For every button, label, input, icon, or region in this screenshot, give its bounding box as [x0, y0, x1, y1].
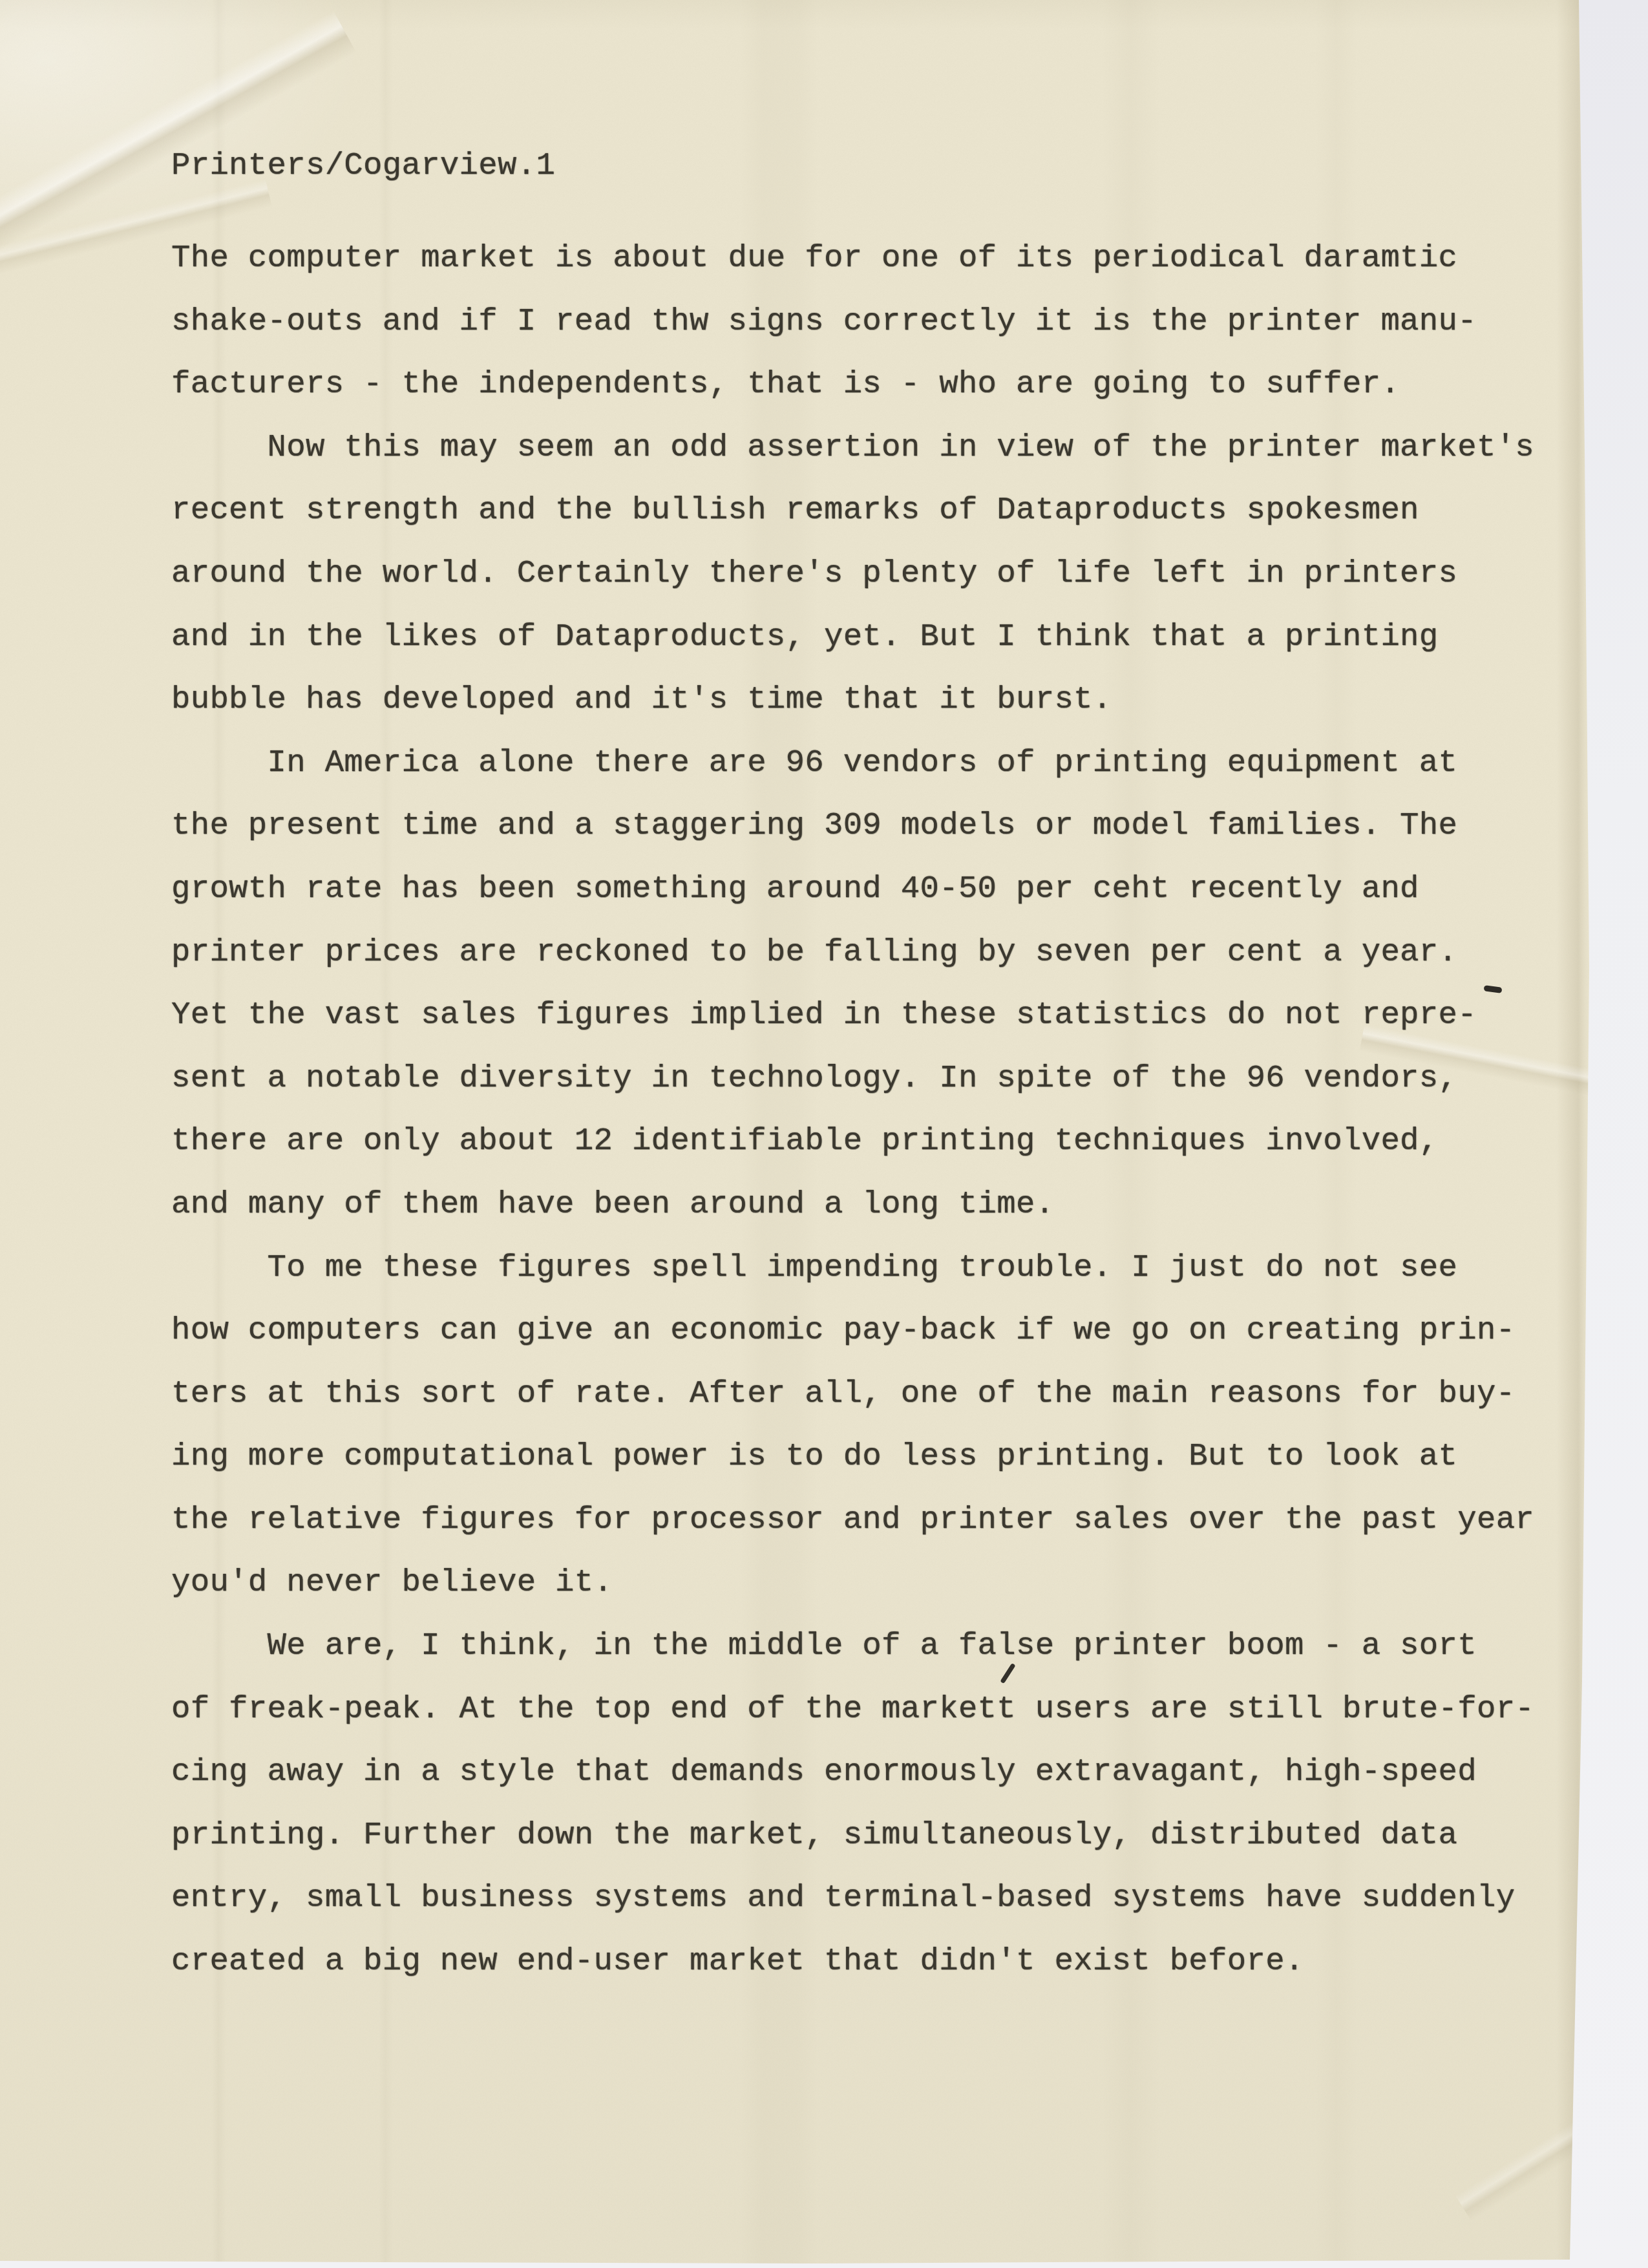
text-line: We are, I think, in the middle of a fals… [171, 1615, 1534, 1678]
text-line: shake-outs and if I read thw signs corre… [171, 290, 1534, 354]
document-body: The computer market is about due for one… [171, 227, 1534, 1993]
text-line: ters at this sort of rate. After all, on… [171, 1362, 1534, 1426]
text-line: the relative figures for processor and p… [171, 1489, 1534, 1552]
text-line: the present time and a staggering 309 mo… [171, 794, 1534, 858]
text-line: entry, small business systems and termin… [171, 1867, 1534, 1930]
document-slug: Printers/Cogarview.1 [171, 134, 555, 198]
text-line: of freak-peak. At the top end of the mar… [171, 1678, 1534, 1741]
text-line: you'd never believe it. [171, 1551, 1534, 1615]
text-line: The computer market is about due for one… [171, 227, 1534, 290]
text-line: created a big new end-user market that d… [171, 1930, 1534, 1993]
text-line: In America alone there are 96 vendors of… [171, 732, 1534, 795]
text-line: facturers - the independents, that is - … [171, 353, 1534, 416]
text-line: around the world. Certainly there's plen… [171, 542, 1534, 606]
text-line: Now this may seem an odd assertion in vi… [171, 416, 1534, 480]
text-line: cing away in a style that demands enormo… [171, 1741, 1534, 1804]
text-line: how computers can give an economic pay-b… [171, 1299, 1534, 1362]
text-line: sent a notable diversity in technology. … [171, 1047, 1534, 1110]
text-line: To me these figures spell impending trou… [171, 1236, 1534, 1300]
paper-crease-bottom-right [1414, 2006, 1648, 2268]
paper-sheet: Printers/Cogarview.1 The computer market… [0, 0, 1648, 2268]
text-line: Yet the vast sales figures implied in th… [171, 984, 1534, 1047]
text-line: bubble has developed and it's time that … [171, 668, 1534, 732]
text-line: there are only about 12 identifiable pri… [171, 1110, 1534, 1173]
text-line: and in the likes of Dataproducts, yet. B… [171, 606, 1534, 669]
text-line: recent strength and the bullish remarks … [171, 479, 1534, 542]
text-line: printer prices are reckoned to be fallin… [171, 921, 1534, 984]
text-line: printing. Further down the market, simul… [171, 1804, 1534, 1867]
text-line: ing more computational power is to do le… [171, 1425, 1534, 1489]
scan-background: Printers/Cogarview.1 The computer market… [0, 0, 1648, 2268]
text-line: growth rate has been something around 40… [171, 858, 1534, 921]
text-line: and many of them have been around a long… [171, 1173, 1534, 1236]
